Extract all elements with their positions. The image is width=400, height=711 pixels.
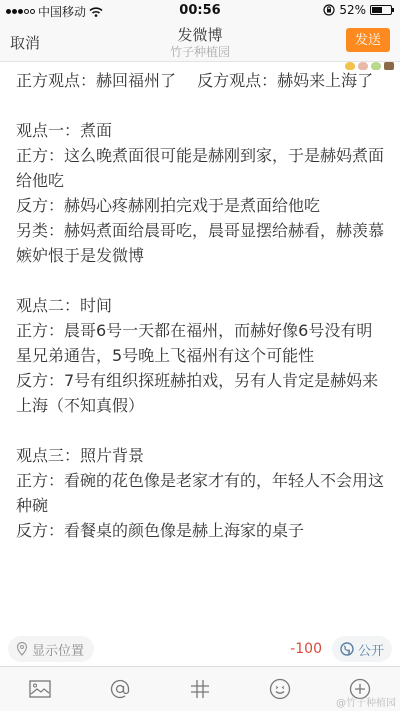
status-bar: 中国移动 00:56 52% bbox=[0, 0, 400, 20]
page-title: 发微博 bbox=[0, 24, 400, 45]
orientation-lock-icon bbox=[323, 4, 335, 16]
globe-icon bbox=[340, 642, 354, 656]
post-line: 反方：看餐桌的颜色像是赫上海家的桌子 bbox=[16, 518, 386, 543]
show-location-button[interactable]: 显示位置 bbox=[8, 636, 94, 662]
post-line: 观点一：煮面 bbox=[16, 118, 386, 143]
post-line bbox=[16, 268, 386, 293]
location-pin-icon bbox=[16, 642, 28, 656]
post-text-area[interactable]: 正方观点：赫回福州了 反方观点：赫妈来上海了 观点一：煮面 正方：这么晚煮面很可… bbox=[16, 68, 386, 543]
emoji-button[interactable] bbox=[260, 669, 300, 709]
mention-icon bbox=[109, 678, 131, 700]
insert-image-button[interactable] bbox=[20, 669, 60, 709]
visibility-label: 公开 bbox=[358, 640, 384, 659]
post-line: 正方：这么晚煮面很可能是赫刚到家，于是赫妈煮面给他吃 bbox=[16, 143, 386, 193]
post-line bbox=[16, 93, 386, 118]
mention-button[interactable] bbox=[100, 669, 140, 709]
post-line: 正方：看碗的花色像是老家才有的，年轻人不会用这种碗 bbox=[16, 468, 386, 518]
post-line: 观点三：照片背景 bbox=[16, 443, 386, 468]
char-count: -100 bbox=[290, 641, 322, 657]
account-name: 竹子种植园 bbox=[0, 43, 400, 60]
watermark: @竹子种植园 bbox=[336, 694, 396, 709]
post-line: 另类：赫妈煮面给晨哥吃，晨哥显摆给赫看，赫羡慕嫉妒恨于是发微博 bbox=[16, 218, 386, 268]
emoji-icon bbox=[269, 678, 291, 700]
location-label: 显示位置 bbox=[32, 640, 84, 659]
nav-bar: 取消 发微博 竹子种植园 发送 bbox=[0, 20, 400, 62]
visibility-button[interactable]: 公开 bbox=[332, 636, 392, 662]
battery-percent: 52% bbox=[339, 3, 366, 17]
post-line: 正方：晨哥6号一天都在福州，而赫好像6号没有明星兄弟通告，5号晚上飞福州有这个可… bbox=[16, 318, 386, 368]
post-line: 正方观点：赫回福州了 反方观点：赫妈来上海了 bbox=[16, 68, 386, 93]
battery-icon bbox=[370, 5, 392, 15]
compose-toolbar: @竹子种植园 bbox=[0, 666, 400, 711]
hashtag-button[interactable] bbox=[180, 669, 220, 709]
send-button[interactable]: 发送 bbox=[346, 28, 390, 52]
post-meta-row: 显示位置 -100 公开 bbox=[0, 636, 400, 664]
hashtag-icon bbox=[189, 678, 211, 700]
post-line: 反方：赫妈心疼赫刚拍完戏于是煮面给他吃 bbox=[16, 193, 386, 218]
post-line bbox=[16, 418, 386, 443]
post-line: 反方：7号有组织探班赫拍戏，另有人肯定是赫妈来上海（不知真假） bbox=[16, 368, 386, 418]
post-line: 观点二：时间 bbox=[16, 293, 386, 318]
image-icon bbox=[29, 680, 51, 698]
